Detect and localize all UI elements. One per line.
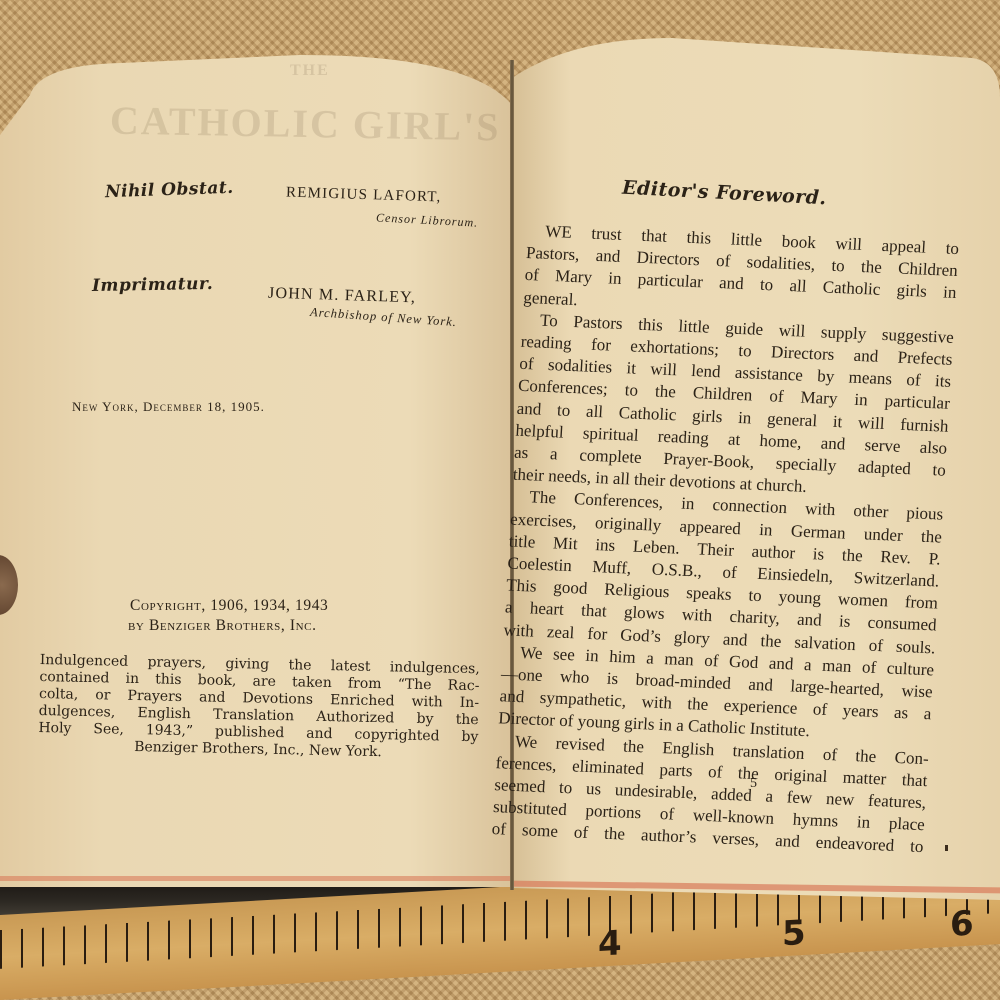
left-page-red-edge (0, 876, 512, 881)
paper-speck (945, 845, 948, 851)
ruler-number-4: 4 (598, 923, 622, 964)
ruler-number-5: 5 (782, 913, 806, 954)
show-through-title: CATHOLIC GIRL'S (110, 97, 501, 151)
date-line: New York, December 18, 1905. (72, 399, 265, 415)
imprimatur-label: Imprimatur. (92, 274, 214, 296)
indulgence-note: Indulgenced prayers, giving the latest i… (38, 652, 480, 763)
copyright-holder: by Benziger Brothers, Inc. (128, 617, 317, 635)
page-number: 5 (750, 776, 757, 792)
copyright-years: Copyright, 1906, 1934, 1943 (130, 597, 328, 615)
show-through-the: THE (290, 62, 330, 80)
ruler-number-6: 6 (950, 904, 974, 945)
foreword-body: WE trust that this little book will appe… (491, 220, 959, 859)
